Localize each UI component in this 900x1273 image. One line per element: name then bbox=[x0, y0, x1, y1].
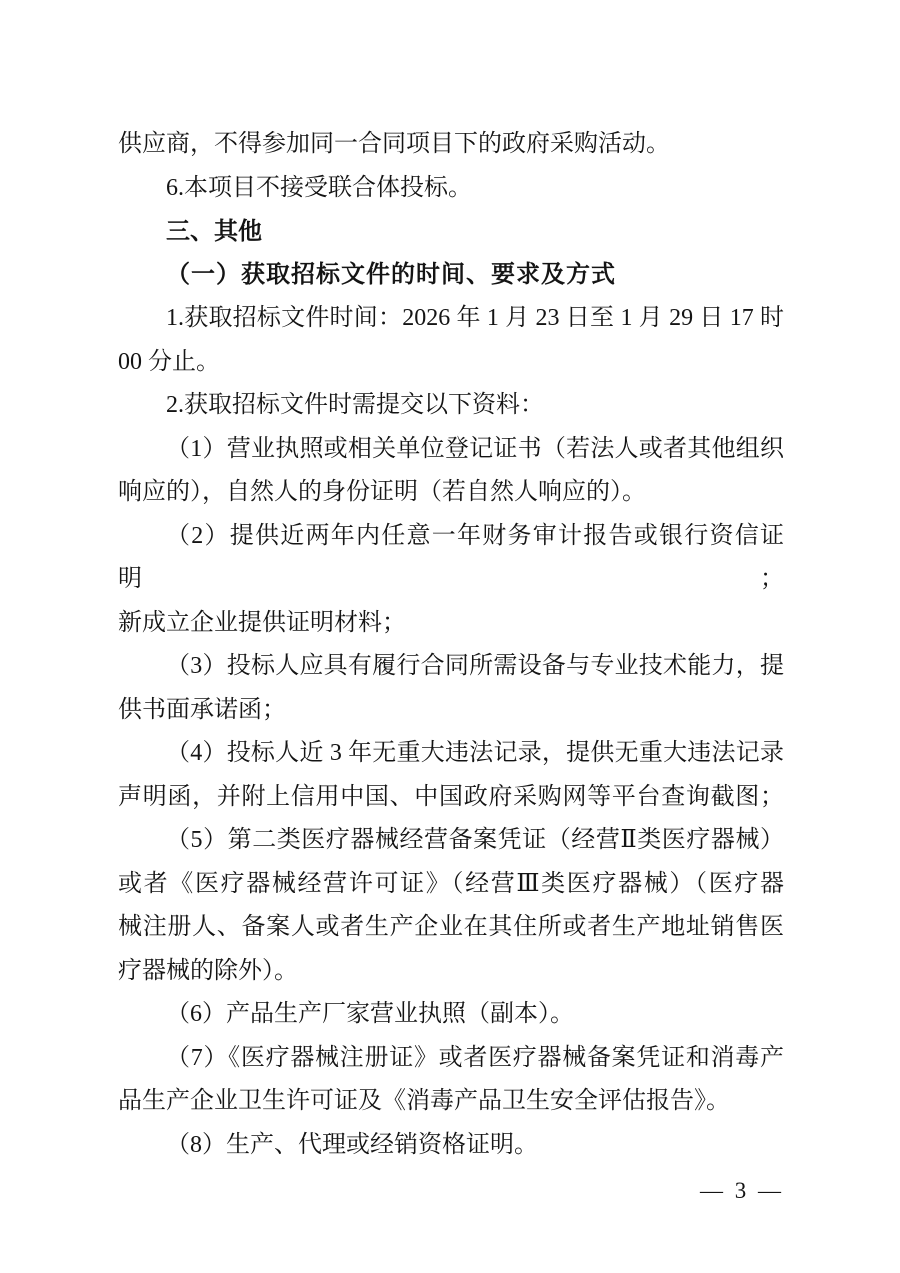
text-line: （2）提供近两年内任意一年财务审计报告或银行资信证明； bbox=[118, 515, 784, 602]
text-line: （1）营业执照或相关单位登记证书（若法人或者其他组织 bbox=[118, 428, 784, 472]
text-line: （3）投标人应具有履行合同所需设备与专业技术能力，提 bbox=[118, 645, 784, 689]
text-line: 1.获取招标文件时间：2026 年 1 月 23 日至 1 月 29 日 17 … bbox=[118, 297, 784, 341]
text-line: 械注册人、备案人或者生产企业在其住所或者生产地址销售医 bbox=[118, 906, 784, 950]
text-line: 2.获取招标文件时需提交以下资料： bbox=[118, 384, 784, 428]
text-line: （5）第二类医疗器械经营备案凭证（经营Ⅱ类医疗器械） bbox=[118, 819, 784, 863]
text-line: （6）产品生产厂家营业执照（副本）。 bbox=[118, 993, 784, 1037]
text-line: 6.本项目不接受联合体投标。 bbox=[118, 167, 784, 211]
page-number: — 3 — bbox=[700, 1178, 784, 1204]
text-line: （8）生产、代理或经销资格证明。 bbox=[118, 1124, 784, 1168]
text-line: 响应的），自然人的身份证明（若自然人响应的）。 bbox=[118, 471, 784, 515]
text-line: 新成立企业提供证明材料； bbox=[118, 602, 784, 646]
text-line: 供应商，不得参加同一合同项目下的政府采购活动。 bbox=[118, 123, 784, 167]
text-line: 声明函，并附上信用中国、中国政府采购网等平台查询截图； bbox=[118, 776, 784, 820]
text-line: （7）《医疗器械注册证》或者医疗器械备案凭证和消毒产 bbox=[118, 1037, 784, 1081]
document-page: 供应商，不得参加同一合同项目下的政府采购活动。 6.本项目不接受联合体投标。 三… bbox=[0, 0, 900, 1273]
text-line: 品生产企业卫生许可证及《消毒产品卫生安全评估报告》。 bbox=[118, 1080, 784, 1124]
section-heading: 三、其他 bbox=[118, 210, 784, 254]
text-line: （4）投标人近 3 年无重大违法记录，提供无重大违法记录 bbox=[118, 732, 784, 776]
document-body: 供应商，不得参加同一合同项目下的政府采购活动。 6.本项目不接受联合体投标。 三… bbox=[118, 123, 784, 1167]
text-line: 或者《医疗器械经营许可证》（经营Ⅲ类医疗器械）（医疗器 bbox=[118, 863, 784, 907]
subsection-heading: （一）获取招标文件的时间、要求及方式 bbox=[118, 254, 784, 298]
text-line: 00 分止。 bbox=[118, 341, 784, 385]
text-line: 疗器械的除外）。 bbox=[118, 950, 784, 994]
text-line: 供书面承诺函； bbox=[118, 689, 784, 733]
